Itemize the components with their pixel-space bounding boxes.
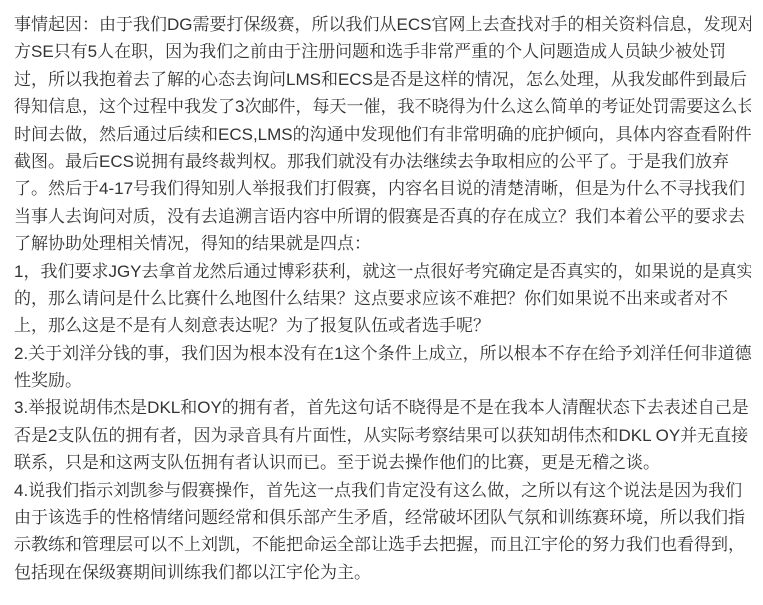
- paragraph-4: 3.举报说胡伟杰是DKL和OY的拥有者，首先这句话不晓得是不是在我本人清醒状态下…: [14, 394, 751, 476]
- text-line: 否是2支队伍的拥有者，因为录音具有片面性，从实际考察结果可以获知胡伟杰和DKL …: [14, 422, 751, 449]
- text-line: 了解协助处理相关情况，得知的结果就是四点：: [14, 230, 751, 257]
- text-line: 1，我们要求JGY去拿首龙然后通过博彩获利，就这一点很好考究确定是否真实的，如果…: [14, 258, 751, 285]
- paragraph-3: 2.关于刘洋分钱的事，我们因为根本没有在1这个条件上成立，所以根本不存在给予刘洋…: [14, 340, 751, 395]
- text-line: 包括现在保级赛期间训练我们都以江宇伦为主。: [14, 559, 751, 586]
- text-line: 2.关于刘洋分钱的事，我们因为根本没有在1这个条件上成立，所以根本不存在给予刘洋…: [14, 340, 751, 367]
- paragraph-2: 1，我们要求JGY去拿首龙然后通过博彩获利，就这一点很好考究确定是否真实的，如果…: [14, 258, 751, 340]
- text-line: 了。然后于4-17号我们得知别人举报我们打假赛，内容名目说的清楚清晰，但是为什么…: [14, 175, 751, 202]
- text-line: 联系，只是和这两支队伍拥有者认识而已。至于说去操作他们的比赛，更是无稽之谈。: [14, 449, 751, 476]
- paragraph-1: 事情起因：由于我们DG需要打保级赛，所以我们从ECS官网上去查找对手的相关资料信…: [14, 11, 751, 258]
- paragraph-list: 事情起因：由于我们DG需要打保级赛，所以我们从ECS官网上去查找对手的相关资料信…: [14, 11, 751, 586]
- text-line: 时间去做，然后通过后续和ECS,LMS的沟通中发现他们有非常明确的庇护倾向，具体…: [14, 121, 751, 148]
- text-line: 性奖励。: [14, 367, 751, 394]
- text-line: 事情起因：由于我们DG需要打保级赛，所以我们从ECS官网上去查找对手的相关资料信…: [14, 11, 751, 38]
- paragraph-5: 4.说我们指示刘凯参与假赛操作，首先这一点我们肯定没有这么做，之所以有这个说法是…: [14, 477, 751, 587]
- text-line: 截图。最后ECS说拥有最终裁判权。那我们就没有办法继续去争取相应的公平了。于是我…: [14, 148, 751, 175]
- text-line: 3.举报说胡伟杰是DKL和OY的拥有者，首先这句话不晓得是不是在我本人清醒状态下…: [14, 394, 751, 421]
- text-line: 方SE只有5人在职，因为我们之前由于注册问题和选手非常严重的个人问题造成人员缺少…: [14, 38, 751, 65]
- text-line: 由于该选手的性格情绪问题经常和俱乐部产生矛盾，经常破坏团队气氛和训练赛环境，所以…: [14, 504, 751, 531]
- document-body: 事情起因：由于我们DG需要打保级赛，所以我们从ECS官网上去查找对手的相关资料信…: [0, 0, 763, 586]
- text-line: 得知信息，这个过程中我发了3次邮件，每天一催，我不晓得为什么这么简单的考证处罚需…: [14, 93, 751, 120]
- text-line: 4.说我们指示刘凯参与假赛操作，首先这一点我们肯定没有这么做，之所以有这个说法是…: [14, 477, 751, 504]
- text-line: 示教练和管理层可以不上刘凯，不能把命运全部让选手去把握，而且江宇伦的努力我们也看…: [14, 531, 751, 558]
- text-line: 过，所以我抱着去了解的心态去询问LMS和ECS是否是这样的情况，怎么处理，从我发…: [14, 66, 751, 93]
- text-line: 当事人去询问对质，没有去追溯言语内容中所谓的假赛是否真的存在成立？我们本着公平的…: [14, 203, 751, 230]
- text-line: 上，那么这是不是有人刻意表达呢？为了报复队伍或者选手呢？: [14, 312, 751, 339]
- text-line: 的，那么请问是什么比赛什么地图什么结果？这点要求应该不难把？你们如果说不出来或者…: [14, 285, 751, 312]
